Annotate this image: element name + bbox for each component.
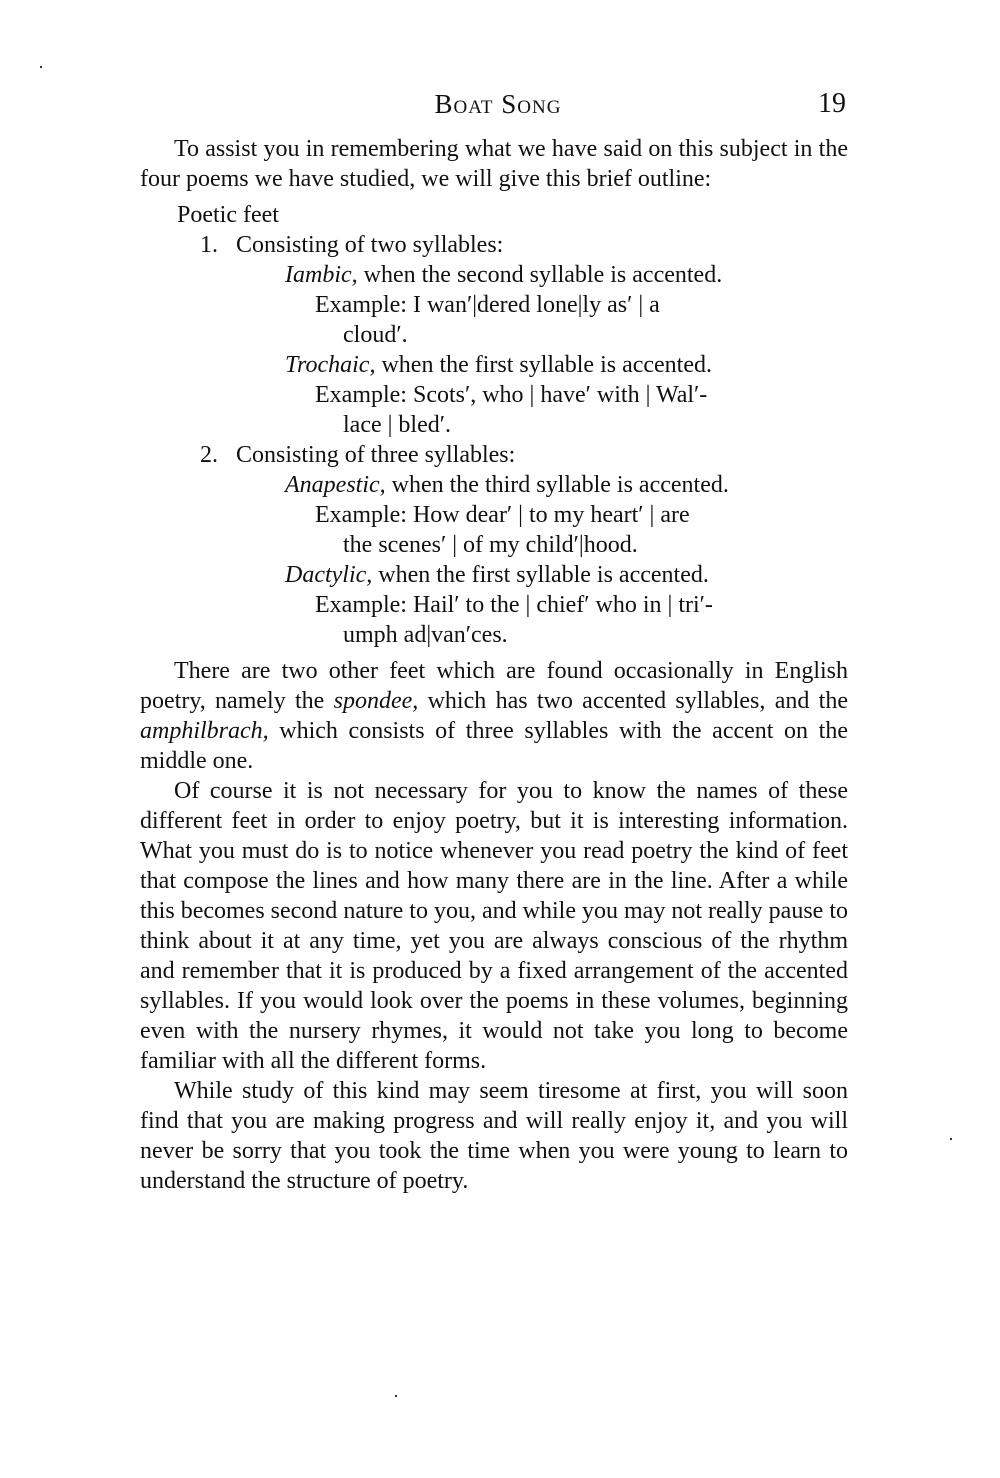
other-feet-paragraph: There are two other feet which are found… bbox=[140, 656, 848, 776]
foot-name: Dactylic, bbox=[285, 562, 372, 588]
foot-definition: Trochaic, when the first syllable is acc… bbox=[285, 350, 848, 380]
foot-entry-anapestic: Anapestic, when the third syllable is ac… bbox=[285, 470, 848, 560]
group-label: 1.Consisting of two syllables: bbox=[140, 230, 848, 260]
foot-description: when the third syllable is accented. bbox=[386, 472, 729, 498]
group-number: 1. bbox=[200, 230, 236, 260]
foot-name: Iambic, bbox=[285, 262, 358, 288]
term-spondee: spondee, bbox=[334, 688, 419, 714]
foot-entry-iambic: Iambic, when the second syllable is acce… bbox=[285, 260, 848, 350]
foot-example: Example: Hail′ to the | chief′ who in | … bbox=[285, 590, 848, 650]
example-label: Example: bbox=[315, 382, 407, 408]
page-number: 19 bbox=[818, 84, 846, 124]
paragraph-text: which has two accented syllables, and th… bbox=[418, 688, 848, 714]
example-label: Example: bbox=[315, 592, 407, 618]
example-continuation: the scenes′ | of my child′|hood. bbox=[315, 530, 848, 560]
example-continuation: lace | bled′. bbox=[315, 410, 848, 440]
foot-example: Example: I wan′|dered lone|ly as′ | a cl… bbox=[285, 290, 848, 350]
body-text: To assist you in remembering what we hav… bbox=[140, 134, 848, 1196]
intro-paragraph: To assist you in remembering what we hav… bbox=[140, 134, 848, 194]
foot-entry-dactylic: Dactylic, when the first syllable is acc… bbox=[285, 560, 848, 650]
example-text: How dear′ | to my heart′ | are bbox=[407, 502, 690, 528]
example-text: Scots′, who | have′ with | Wal′- bbox=[407, 382, 707, 408]
example-continuation: umph ad|van′ces. bbox=[315, 620, 848, 650]
outline-group: 2.Consisting of three syllables: Anapest… bbox=[140, 440, 848, 650]
scan-speck bbox=[40, 66, 42, 68]
example-text: I wan′|dered lone|ly as′ | a bbox=[407, 292, 660, 318]
foot-definition: Iambic, when the second syllable is acce… bbox=[285, 260, 848, 290]
group-label: 2.Consisting of three syllables: bbox=[140, 440, 848, 470]
foot-example: Example: Scots′, who | have′ with | Wal′… bbox=[285, 380, 848, 440]
running-head: Boat Song 19 bbox=[140, 84, 848, 124]
foot-entry-trochaic: Trochaic, when the first syllable is acc… bbox=[285, 350, 848, 440]
scan-speck bbox=[395, 1395, 397, 1397]
outline-group: 1.Consisting of two syllables: Iambic, w… bbox=[140, 230, 848, 440]
foot-description: when the second syllable is accented. bbox=[358, 262, 723, 288]
chapter-title: Boat Song bbox=[140, 84, 848, 124]
group-title: Consisting of three syllables: bbox=[236, 442, 515, 468]
example-text: Hail′ to the | chief′ who in | tri′- bbox=[407, 592, 713, 618]
term-amphibrach: amphilbrach, bbox=[140, 718, 269, 744]
foot-name: Trochaic, bbox=[285, 352, 375, 378]
group-number: 2. bbox=[200, 440, 236, 470]
poetic-feet-outline: Poetic feet 1.Consisting of two syllable… bbox=[140, 200, 848, 650]
foot-definition: Anapestic, when the third syllable is ac… bbox=[285, 470, 848, 500]
book-page: Boat Song 19 To assist you in rememberin… bbox=[140, 84, 848, 1196]
example-label: Example: bbox=[315, 502, 407, 528]
foot-definition: Dactylic, when the first syllable is acc… bbox=[285, 560, 848, 590]
example-label: Example: bbox=[315, 292, 407, 318]
outline-heading: Poetic feet bbox=[140, 200, 848, 230]
example-continuation: cloud′. bbox=[315, 320, 848, 350]
foot-description: when the first syllable is accented. bbox=[375, 352, 712, 378]
while-study-paragraph: While study of this kind may seem tireso… bbox=[140, 1076, 848, 1196]
foot-description: when the first syllable is accented. bbox=[372, 562, 709, 588]
foot-example: Example: How dear′ | to my heart′ | are … bbox=[285, 500, 848, 560]
scan-speck bbox=[950, 1138, 952, 1140]
of-course-paragraph: Of course it is not necessary for you to… bbox=[140, 776, 848, 1076]
foot-name: Anapestic, bbox=[285, 472, 386, 498]
group-title: Consisting of two syllables: bbox=[236, 232, 503, 258]
